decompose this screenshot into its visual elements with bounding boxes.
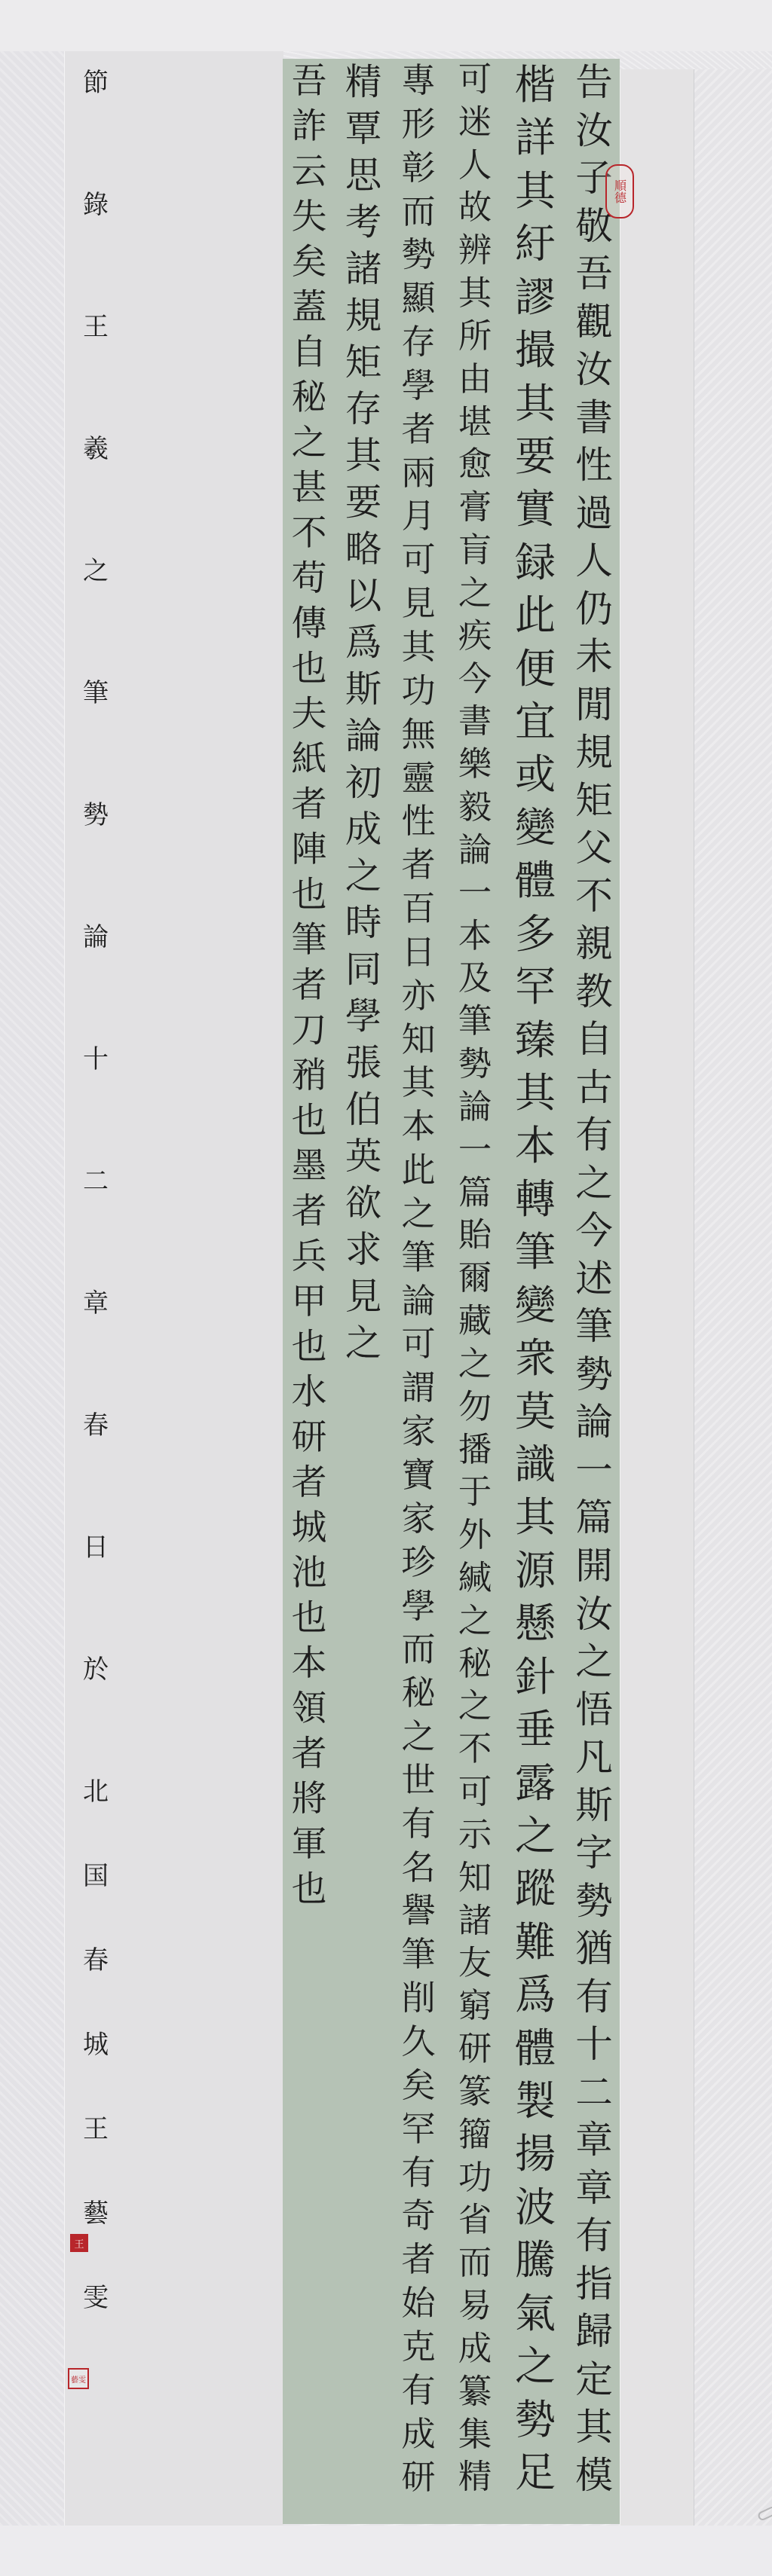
calligraphy-char: 其 [345,432,381,479]
calligraphy-char: 英 [345,1133,381,1180]
colophon-char: 十 [83,1037,109,1159]
calligraphy-char: 研 [458,2028,492,2071]
calligraphy-char: 將 [292,1777,327,1822]
calligraphy-char: 求 [345,1227,381,1273]
seal-top-oval: 順德 [605,164,634,218]
colophon-char: 雯 [83,2275,109,2360]
calligraphy-char: 筆 [401,1236,435,1279]
calligraphy-char: 騰 [515,2234,556,2287]
calligraphy-char: 形 [401,102,435,146]
calligraphy-char: 初 [345,759,381,806]
colophon-char: 筆 [83,671,109,793]
calligraphy-char: 或 [515,748,556,801]
calligraphy-char: 論 [458,830,492,872]
calligraphy-char: 波 [515,2181,556,2234]
calligraphy-char: 研 [401,2455,435,2499]
calligraphy-char: 見 [345,1273,381,1320]
calligraphy-char: 模 [575,2452,613,2500]
calligraphy-char: 成 [345,806,381,853]
calligraphy-char: 愈 [458,444,492,487]
calligraphy-char: 者 [401,408,435,451]
calligraphy-char: 考 [345,199,381,246]
calligraphy-char: 領 [292,1686,327,1731]
calligraphy-char: 筆 [575,1303,613,1351]
calligraphy-char: 謂 [401,1366,435,1410]
calligraphy-char: 古 [575,1064,613,1112]
calligraphy-char: 傳 [292,601,327,646]
calligraphy-char: 矟 [292,1053,327,1099]
calligraphy-char: 莫 [515,1386,556,1438]
calligraphy-char: 之 [401,1715,435,1759]
calligraphy-char: 于 [458,1471,492,1514]
calligraphy-char: 篇 [458,1172,492,1215]
calligraphy-char: 思 [345,152,381,199]
calligraphy-char: 汝 [575,346,613,394]
calligraphy-char: 便 [515,643,556,695]
calligraphy-char: 精 [458,2456,492,2499]
calligraphy-char: 勿 [458,1386,492,1429]
calligraphy-char: 要 [515,430,556,483]
calligraphy-char: 論 [458,1086,492,1129]
calligraphy-char: 者 [292,1731,327,1777]
calligraphy-char: 之 [345,853,381,900]
colophon-char: 於 [83,1647,109,1769]
calligraphy-char: 者 [292,1189,327,1234]
calligraphy-char: 其 [515,377,556,430]
calligraphy-char: 難 [515,1916,556,1969]
calligraphy-char: 未 [575,633,613,681]
calligraphy-char: 秘 [401,1671,435,1715]
colophon-char: 節 [83,60,109,182]
calligraphy-char: 其 [575,2403,613,2452]
calligraphy-char: 撮 [515,324,556,377]
calligraphy-char: 之 [575,1160,613,1208]
calligraphy-char: 定 [575,2356,613,2404]
calligraphy-char: 十 [575,2021,613,2069]
calligraphy-char: 日 [401,930,435,974]
calligraphy-char: 播 [458,1429,492,1472]
calligraphy-char: 秘 [292,375,327,420]
calligraphy-char: 此 [515,589,556,642]
calligraphy-char: 纂 [458,2371,492,2414]
calligraphy-char: 爲 [515,1969,556,2021]
calligraphy-char: 閒 [575,681,613,729]
colophon-char: 錄 [83,182,109,304]
calligraphy-char: 罕 [515,961,556,1013]
calligraphy-char: 開 [575,1542,613,1591]
calligraphy-char: 城 [292,1505,327,1551]
calligraphy-char: 矣 [401,2064,435,2107]
calligraphy-char: 章 [575,2165,613,2213]
calligraphy-char: 兩 [401,451,435,495]
calligraphy-char: 筆 [401,1933,435,1976]
calligraphy-char: 爲 [345,619,381,666]
calligraphy-char: 久 [401,2020,435,2064]
calligraphy-char: 可 [401,1322,435,1366]
calligraphy-char: 性 [401,799,435,843]
calligraphy-char: 水 [292,1370,327,1415]
calligraphy-char: 克 [401,2325,435,2369]
calligraphy-char: 家 [401,1497,435,1541]
calligraphy-char: 珍 [401,1541,435,1584]
calligraphy-char: 多 [515,908,556,961]
colophon-char: 論 [83,915,109,1037]
mount-right-strip [620,69,694,2527]
calligraphy-char: 筆 [515,1226,556,1279]
calligraphy-char: 無 [401,713,435,756]
calligraphy-char: 體 [515,854,556,907]
calligraphy-char: 省 [458,2199,492,2242]
calligraphy-char: 靈 [401,756,435,800]
colophon-char: 春 [83,1938,109,2022]
calligraphy-char: 其 [515,1491,556,1544]
seal-signature-square: 王 [70,2234,88,2252]
calligraphy-char: 外 [458,1514,492,1557]
calligraphy-char: 字 [575,1829,613,1878]
calligraphy-char: 之 [458,573,492,616]
calligraphy-char: 勢 [575,1351,613,1399]
calligraphy-char: 苟 [292,556,327,601]
calligraphy-char: 之 [345,1320,381,1367]
calligraphy-char: 集 [458,2414,492,2457]
calligraphy-char: 矩 [575,777,613,825]
calligraphy-char: 章 [575,2116,613,2165]
calligraphy-char: 今 [458,659,492,701]
calligraphy-char: 諸 [345,246,381,292]
calligraphy-char: 也 [292,1867,327,1912]
calligraphy-char: 也 [292,1099,327,1144]
calligraphy-char: 者 [292,1460,327,1505]
calligraphy-char: 斯 [575,1782,613,1830]
colophon-char: 藝 [83,2191,109,2275]
calligraphy-char: 研 [292,1415,327,1460]
calligraphy-char: 楷 [515,59,556,112]
calligraphy-char: 刀 [292,1008,327,1053]
calligraphy-char: 云 [292,149,327,194]
calligraphy-char: 有 [401,1802,435,1846]
calligraphy-char: 斯 [345,666,381,713]
calligraphy-char: 其 [401,1061,435,1105]
colophon-char: 城 [83,2022,109,2107]
calligraphy-char: 露 [515,1757,556,1810]
calligraphy-char: 有 [575,2212,613,2260]
calligraphy-char: 垂 [515,1704,556,1756]
calligraphy-char: 臻 [515,1014,556,1067]
calligraphy-char: 一 [458,872,492,915]
calligraphy-char: 本 [292,1641,327,1686]
calligraphy-char: 膏 [458,487,492,530]
calligraphy-char: 有 [575,1111,613,1160]
calligraphy-char: 矣 [292,240,327,285]
calligraphy-char: 陣 [292,827,327,872]
calligraphy-char: 規 [345,292,381,339]
calligraphy-char: 勢 [458,1044,492,1086]
calligraphy-char: 猶 [575,1925,613,1973]
calligraphy-char: 池 [292,1551,327,1596]
colophon-char: 国 [83,1853,109,1938]
calligraphy-panel: 告汝子敬吾觀汝書性過人仍未閒規矩父不親教自古有之今述筆勢論一篇開汝之悟凡斯字勢猶… [283,59,620,2524]
calligraphy-char: 二 [575,2069,613,2117]
calligraphy-char: 親 [575,920,613,968]
mount-bottom-band [0,2526,772,2576]
calligraphy-char: 知 [401,1018,435,1062]
calligraphy-char: 矩 [345,339,381,386]
calligraphy-char: 悟 [575,1686,613,1734]
calligraphy-char: 成 [401,2413,435,2456]
calligraphy-char: 自 [575,1016,613,1064]
calligraphy-char: 存 [401,320,435,364]
calligraphy-char: 也 [292,872,327,918]
calligraphy-char: 者 [292,782,327,827]
calligraphy-char: 歸 [575,2308,613,2356]
calligraphy-char: 譽 [401,1889,435,1933]
calligraphy-char: 伯 [345,1086,381,1133]
text-column: 楷詳其紆謬撮其要實録此便宜或變體多罕臻其本轉筆變衆莫識其源懸針垂露之蹤難爲體製揚… [509,59,562,2499]
text-column: 可迷人故辨其所由堪愈膏肓之疾今書樂毅論一本及筆勢論一篇貽爾藏之勿播于外緘之秘之不… [449,59,501,2499]
calligraphy-char: 詳 [515,112,556,164]
calligraphy-char: 揚 [515,2128,556,2180]
calligraphy-char: 及 [458,958,492,1001]
calligraphy-char: 而 [401,1627,435,1671]
calligraphy-char: 指 [575,2260,613,2309]
calligraphy-char: 彰 [401,146,435,190]
colophon-inscription: 節錄王羲之筆勢論十二章春日於北国春城王藝雯 [69,60,122,2360]
calligraphy-char: 書 [575,394,613,442]
calligraphy-char: 甚 [292,466,327,511]
calligraphy-char: 勢 [515,2394,556,2446]
calligraphy-char: 疾 [458,616,492,659]
calligraphy-char: 故 [458,187,492,230]
calligraphy-char: 論 [345,713,381,759]
calligraphy-char: 凡 [575,1734,613,1782]
calligraphy-char: 筆 [458,1001,492,1044]
calligraphy-char: 製 [515,2075,556,2128]
calligraphy-char: 而 [401,190,435,234]
calligraphy-char: 詐 [292,104,327,149]
calligraphy-char: 本 [515,1120,556,1172]
calligraphy-char: 者 [401,2238,435,2281]
calligraphy-char: 自 [292,330,327,375]
calligraphy-char: 今 [575,1207,613,1255]
calligraphy-char: 欲 [345,1180,381,1227]
calligraphy-char: 覃 [345,105,381,152]
calligraphy-char: 其 [401,625,435,669]
text-column: 告汝子敬吾觀汝書性過人仍未閒規矩父不親教自古有之今述筆勢論一篇開汝之悟凡斯字勢猶… [568,59,620,2499]
colophon-char: 二 [83,1159,109,1281]
calligraphy-char: 書 [458,701,492,744]
calligraphy-char: 專 [401,59,435,102]
calligraphy-char: 精 [345,59,381,105]
calligraphy-char: 貽 [458,1215,492,1257]
calligraphy-char: 衆 [515,1332,556,1385]
calligraphy-char: 紙 [292,737,327,782]
calligraphy-char: 學 [401,364,435,408]
calligraphy-char: 述 [575,1255,613,1303]
calligraphy-char: 之 [292,420,327,466]
calligraphy-char: 成 [458,2328,492,2371]
calligraphy-char: 本 [401,1105,435,1148]
text-column: 精覃思考諸規矩存其要略以爲斯論初成之時同學張伯英欲求見之 [337,59,390,1367]
calligraphy-char: 罕 [401,2107,435,2151]
mount-left-border [0,51,64,2526]
calligraphy-char: 迷 [458,102,492,145]
calligraphy-char: 失 [292,194,327,240]
calligraphy-char: 功 [401,669,435,713]
calligraphy-char: 蹤 [515,1862,556,1915]
calligraphy-char: 藏 [458,1300,492,1343]
calligraphy-char: 不 [575,872,613,921]
calligraphy-char: 之 [515,1810,556,1862]
calligraphy-char: 月 [401,494,435,538]
calligraphy-char: 學 [401,1584,435,1628]
calligraphy-char: 紆 [515,218,556,270]
calligraphy-char: 要 [345,479,381,526]
calligraphy-char: 人 [575,537,613,585]
calligraphy-char: 勢 [401,233,435,277]
calligraphy-char: 其 [458,273,492,316]
calligraphy-char: 張 [345,1040,381,1086]
calligraphy-char: 肓 [458,530,492,573]
calligraphy-char: 宜 [515,695,556,748]
calligraphy-char: 示 [458,1814,492,1857]
calligraphy-char: 略 [345,526,381,573]
calligraphy-char: 秘 [458,1643,492,1686]
calligraphy-char: 氣 [515,2287,556,2340]
calligraphy-char: 家 [401,1410,435,1453]
calligraphy-char: 父 [575,824,613,872]
calligraphy-char: 蓋 [292,285,327,330]
calligraphy-char: 學 [345,993,381,1040]
calligraphy-char: 諸 [458,1900,492,1943]
calligraphy-char: 世 [401,1759,435,1802]
calligraphy-char: 針 [515,1651,556,1704]
mount-right-border [694,69,772,2527]
calligraphy-char: 奇 [401,2194,435,2238]
calligraphy-char: 篇 [575,1494,613,1542]
colophon-char: 王 [83,2107,109,2191]
calligraphy-char: 而 [458,2242,492,2285]
calligraphy-char: 録 [515,536,556,589]
calligraphy-char: 勢 [575,1878,613,1926]
calligraphy-char: 顯 [401,277,435,320]
calligraphy-char: 足 [515,2446,556,2499]
calligraphy-char: 變 [515,1279,556,1332]
colophon-char: 勢 [83,793,109,915]
colophon-char: 北 [83,1769,109,1853]
calligraphy-char: 告 [575,59,613,107]
calligraphy-char: 以 [345,573,381,619]
calligraphy-char: 同 [345,946,381,993]
calligraphy-char: 人 [458,145,492,188]
calligraphy-char: 謬 [515,271,556,324]
calligraphy-char: 觀 [575,298,613,347]
calligraphy-char: 夫 [292,692,327,737]
calligraphy-char: 汝 [575,1591,613,1639]
calligraphy-char: 易 [458,2285,492,2328]
calligraphy-char: 窮 [458,1985,492,2028]
calligraphy-char: 之 [458,1600,492,1643]
calligraphy-char: 削 [401,1976,435,2020]
calligraphy-char: 堪 [458,402,492,445]
calligraphy-char: 源 [515,1545,556,1597]
calligraphy-char: 百 [401,887,435,930]
colophon-char: 之 [83,549,109,671]
calligraphy-char: 兵 [292,1234,327,1279]
calligraphy-char: 懸 [515,1597,556,1650]
calligraphy-char: 也 [292,646,327,692]
calligraphy-char: 名 [401,1846,435,1890]
calligraphy-char: 其 [515,1067,556,1120]
calligraphy-char: 時 [345,900,381,946]
calligraphy-char: 由 [458,359,492,402]
calligraphy-char: 者 [401,843,435,887]
calligraphy-char: 甲 [292,1279,327,1325]
colophon-char: 王 [83,304,109,426]
calligraphy-char: 友 [458,1942,492,1985]
calligraphy-char: 軍 [292,1822,327,1867]
calligraphy-char: 之 [458,1685,492,1728]
calligraphy-char: 有 [401,2151,435,2195]
calligraphy-char: 存 [345,386,381,432]
calligraphy-char: 不 [458,1728,492,1771]
calligraphy-char: 過 [575,490,613,538]
calligraphy-char: 功 [458,2157,492,2200]
calligraphy-char: 寶 [401,1453,435,1497]
calligraphy-char: 篆 [458,2071,492,2114]
calligraphy-char: 吾 [575,250,613,298]
colophon-char: 日 [83,1525,109,1647]
calligraphy-char: 汝 [575,107,613,155]
calligraphy-char: 規 [575,729,613,777]
calligraphy-char: 知 [458,1857,492,1900]
calligraphy-char: 也 [292,1596,327,1641]
calligraphy-char: 可 [458,1771,492,1814]
text-column: 專形彰而勢顯存學者兩月可見其功無靈性者百日亦知其本此之筆論可謂家寶家珍學而秘之世… [392,59,445,2499]
seal-bottom-square: 藝雯 [68,2368,89,2389]
calligraphy-char: 始 [401,2281,435,2325]
calligraphy-char: 爾 [458,1257,492,1300]
calligraphy-char: 論 [401,1279,435,1323]
calligraphy-char: 所 [458,316,492,359]
calligraphy-char: 筆 [292,918,327,963]
calligraphy-char: 實 [515,483,556,536]
calligraphy-char: 辨 [458,230,492,273]
calligraphy-char: 教 [575,968,613,1016]
calligraphy-char: 墨 [292,1144,327,1189]
calligraphy-char: 之 [575,1638,613,1686]
calligraphy-char: 樂 [458,744,492,787]
calligraphy-char: 也 [292,1325,327,1370]
calligraphy-char: 此 [401,1148,435,1192]
calligraphy-char: 之 [515,2340,556,2393]
calligraphy-char: 一 [575,1447,613,1495]
calligraphy-char: 本 [458,915,492,958]
calligraphy-char: 不 [292,511,327,556]
calligraphy-char: 論 [575,1398,613,1447]
calligraphy-char: 可 [458,59,492,102]
calligraphy-char: 有 [401,2369,435,2413]
colophon-char: 章 [83,1281,109,1403]
calligraphy-char: 性 [575,442,613,490]
calligraphy-char: 毅 [458,787,492,830]
calligraphy-char: 轉 [515,1173,556,1226]
colophon-char: 羲 [83,426,109,549]
calligraphy-char: 之 [458,1343,492,1386]
calligraphy-char: 其 [515,165,556,218]
calligraphy-char: 見 [401,582,435,625]
calligraphy-char: 吾 [292,59,327,104]
calligraphy-char: 有 [575,1973,613,2021]
